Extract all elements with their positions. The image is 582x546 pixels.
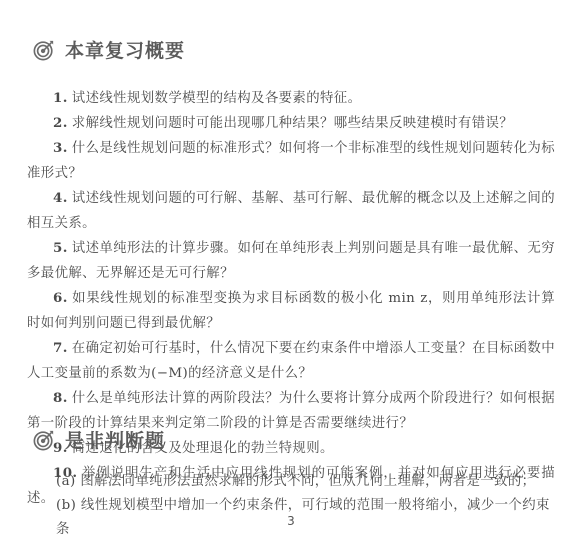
question-number: 5. [53, 240, 68, 256]
review-question: 2.求解线性规划问题时可能出现哪几种结果？哪些结果反映建模时有错误？ [27, 111, 555, 136]
question-number: 8. [53, 390, 68, 406]
question-number: 1. [53, 90, 68, 106]
section-title: 本章复习概要 [65, 36, 185, 63]
question-number: 4. [53, 190, 68, 206]
question-number: 6. [53, 290, 68, 306]
question-text: 试述单纯形法的计算步骤。如何在单纯形表上判别问题是具有唯一最优解、无穷多最优解、… [27, 241, 555, 281]
review-question: 4.试述线性规划问题的可行解、基解、基可行解、最优解的概念以及上述解之间的相互关… [27, 186, 555, 236]
question-number: 2. [53, 115, 68, 131]
question-number: 3. [53, 140, 68, 156]
review-question: 1.试述线性规划数学模型的结构及各要素的特征。 [27, 86, 555, 111]
question-text: 如果线性规划的标准型变换为求目标函数的极小化 min z，则用单纯形法计算时如何… [27, 291, 555, 331]
review-question: 3.什么是线性规划问题的标准形式？如何将一个非标准型的线性规划问题转化为标准形式… [27, 136, 555, 186]
item-label: (b) [56, 498, 76, 513]
true-false-item: (a) 图解法同单纯形法虽然求解的形式不同，但从几何上理解，两者是一致的； [56, 470, 556, 494]
question-text: 求解线性规划问题时可能出现哪几种结果？哪些结果反映建模时有错误？ [72, 116, 513, 131]
review-question: 6.如果线性规划的标准型变换为求目标函数的极小化 min z，则用单纯形法计算时… [27, 286, 555, 336]
question-text: 试述线性规划数学模型的结构及各要素的特征。 [72, 91, 362, 106]
question-text: 什么是单纯形法计算的两阶段法？为什么要将计算分成两个阶段进行？如何根据第一阶段的… [27, 391, 555, 431]
section-title: 是非判断题 [65, 426, 165, 453]
review-question: 5.试述单纯形法的计算步骤。如何在单纯形表上判别问题是具有唯一最优解、无穷多最优… [27, 236, 555, 286]
question-text: 什么是线性规划问题的标准形式？如何将一个非标准型的线性规划问题转化为标准形式？ [27, 141, 555, 181]
item-text: 图解法同单纯形法虽然求解的形式不同，但从几何上理解，两者是一致的； [80, 474, 535, 489]
review-question: 7.在确定初始可行基时，什么情况下要在约束条件中增添人工变量？在目标函数中人工变… [27, 336, 555, 386]
question-number: 7. [53, 340, 68, 356]
target-icon [33, 39, 55, 61]
section-heading-true-false: 是非判断题 [33, 426, 165, 453]
question-text: 试述线性规划问题的可行解、基解、基可行解、最优解的概念以及上述解之间的相互关系。 [27, 191, 555, 231]
target-icon [33, 429, 55, 451]
section-heading-review-summary: 本章复习概要 [33, 36, 185, 63]
question-text: 在确定初始可行基时，什么情况下要在约束条件中增添人工变量？在目标函数中人工变量前… [27, 341, 555, 381]
item-label: (a) [56, 474, 76, 489]
page-number: 3 [0, 514, 582, 528]
